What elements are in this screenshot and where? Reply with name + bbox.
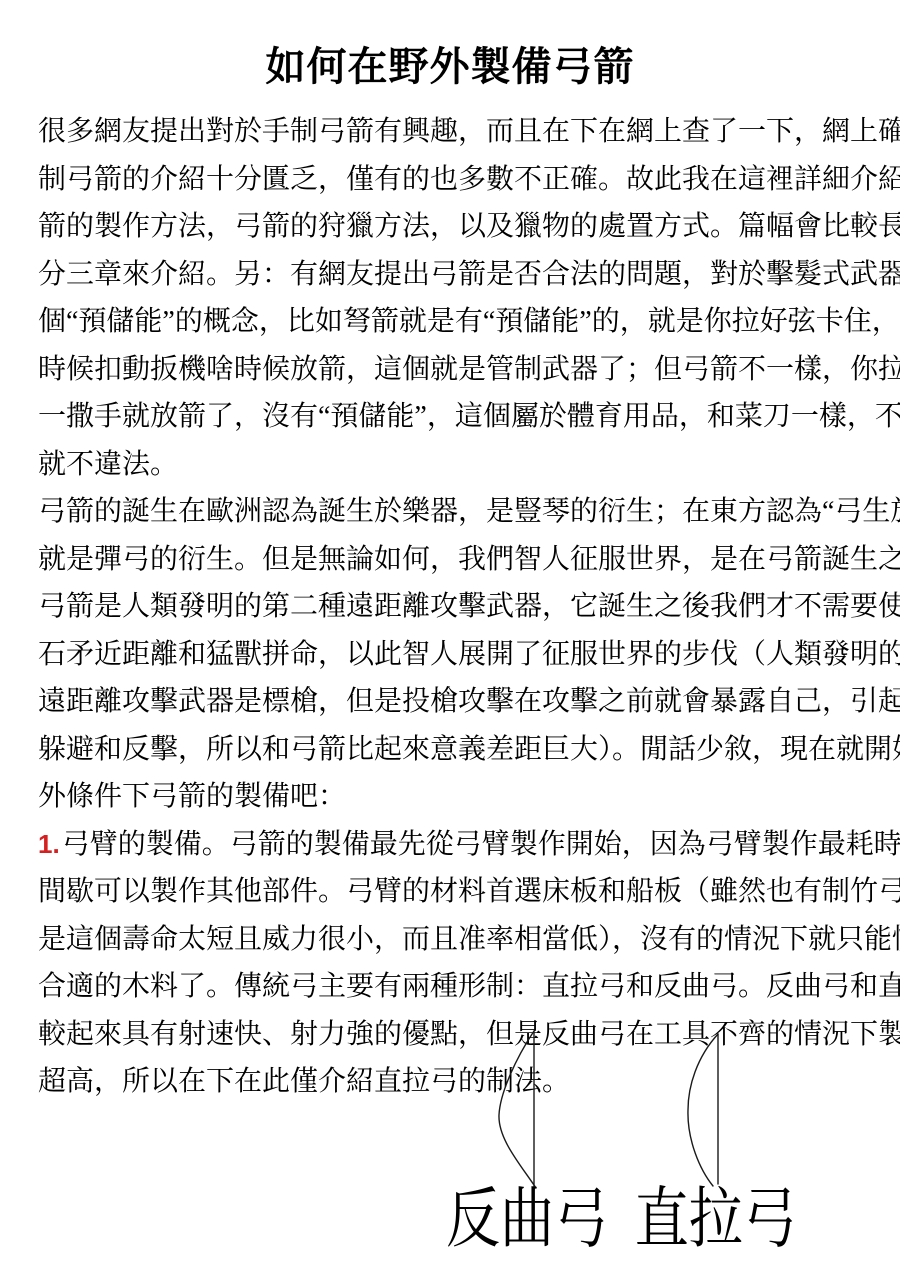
body-line: 個“預儲能”的概念，比如弩箭就是有“預儲能”的，就是你拉好弦卡住，啥 <box>38 298 862 346</box>
body-line: 弓箭的誕生在歐洲認為誕生於樂器，是豎琴的衍生；在東方認為“弓生於彈”， <box>38 488 862 536</box>
body-line: 分三章來介紹。另：有網友提出弓箭是否合法的問題，對於擊髮式武器，有一 <box>38 251 862 299</box>
body-line: 遠距離攻擊武器是標槍，但是投槍攻擊在攻擊之前就會暴露自己，引起獵物的 <box>38 678 862 726</box>
body-line: 弓箭是人類發明的第二種遠距離攻擊武器，它誕生之後我們才不需要使用石斧 <box>38 583 862 631</box>
figure-caption: 反曲弓直拉弓 <box>446 1181 797 1259</box>
document-page: 如何在野外製備弓箭 很多網友提出對於手制弓箭有興趣，而且在下在網上查了一下，網上… <box>0 0 900 1272</box>
body-line: 制弓箭的介紹十分匱乏，僅有的也多數不正確。故此我在這裡詳細介紹一下弓 <box>38 156 862 204</box>
body-line: 石矛近距離和猛獸拼命，以此智人展開了征服世界的步伐（人類發明的第一件 <box>38 631 862 679</box>
body-line: 是這個壽命太短且威力很小，而且准率相當低），沒有的情況下就只能慢慢尋找 <box>38 916 862 964</box>
list-number-marker: 1. <box>38 829 62 859</box>
body-line: 一撒手就放箭了，沒有“預儲能”，這個屬於體育用品，和菜刀一樣，不傷人 <box>38 393 862 441</box>
bow-sketch-figure <box>440 1022 750 1197</box>
page-title: 如何在野外製備弓箭 <box>0 42 900 92</box>
body-line: 箭的製作方法，弓箭的狩獵方法，以及獵物的處置方式。篇幅會比較長，所以 <box>38 203 862 251</box>
body-line: 很多網友提出對於手制弓箭有興趣，而且在下在網上查了一下，網上確實對手 <box>38 108 862 156</box>
straight-bow-label: 直拉弓 <box>635 1183 797 1256</box>
body-line: 間歇可以製作其他部件。弓臂的材料首選床板和船板（雖然也有制竹弓的，但 <box>38 868 862 916</box>
body-line: 時候扣動扳機啥時候放箭，這個就是管制武器了；但弓箭不一樣，你拉開之後 <box>38 346 862 394</box>
body-line: 就是彈弓的衍生。但是無論如何，我們智人征服世界，是在弓箭誕生之後的事。 <box>38 536 862 584</box>
body-line: 就不違法。 <box>38 441 862 489</box>
recurve-bow-label: 反曲弓 <box>446 1183 608 1256</box>
body-line: 躲避和反擊，所以和弓箭比起來意義差距巨大）。閒話少敘，現在就開始介紹野 <box>38 726 862 774</box>
body-line-text: 弓臂的製備。弓箭的製備最先從弓臂製作開始，因為弓臂製作最耗時間，在 <box>62 829 900 860</box>
body-line: 合適的木料了。傳統弓主要有兩種形制：直拉弓和反曲弓。反曲弓和直拉弓比 <box>38 963 862 1011</box>
body-text: 很多網友提出對於手制弓箭有興趣，而且在下在網上查了一下，網上確實對手 制弓箭的介… <box>38 108 862 1106</box>
body-line: 外條件下弓箭的製備吧： <box>38 773 862 821</box>
straight-bow-stave-curve <box>688 1034 718 1186</box>
recurve-bow-stave-curve <box>499 1031 536 1188</box>
body-line-numbered: 1.弓臂的製備。弓箭的製備最先從弓臂製作開始，因為弓臂製作最耗時間，在 <box>38 821 862 869</box>
